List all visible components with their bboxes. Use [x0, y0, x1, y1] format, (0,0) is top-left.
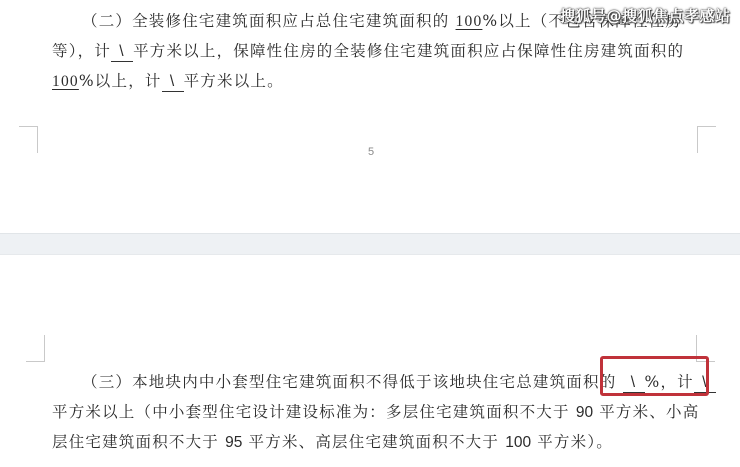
paragraph-line: 层住宅建筑面积不大于 95 平方米、高层住宅建筑面积不大于 100 平方米）。: [52, 427, 692, 457]
paragraph-small-medium-units: （三）本地块内中小套型住宅建筑面积不得低于该地块住宅总建筑面积的 \%，计\ 平…: [52, 367, 692, 457]
red-highlight-box: [600, 356, 709, 396]
document-viewport: （二）全装修住宅建筑面积应占总住宅建筑面积的 100%以上（不包含保障性住房 等…: [0, 0, 740, 467]
percentage-value: 100: [52, 73, 79, 90]
fill-blank: \: [111, 43, 133, 62]
paragraph-line: 100%以上，计\平方米以上。: [52, 66, 692, 96]
text-run: 平方米、高层住宅建筑面积不大于: [249, 433, 500, 451]
percentage-value: 100: [456, 13, 483, 30]
page-5: （二）全装修住宅建筑面积应占总住宅建筑面积的 100%以上（不包含保障性住房 等…: [0, 0, 740, 233]
margin-corner-mark: [697, 126, 716, 153]
area-value: 100: [505, 434, 531, 451]
margin-corner-mark: [26, 335, 45, 362]
text-run: （二）全装修住宅建筑面积应占总住宅建筑面积的: [82, 12, 449, 30]
area-value: 95: [225, 434, 242, 451]
paragraph-line: 平方米以上（中小套型住宅设计建设标准为：多层住宅建筑面积不大于 90 平方米、小…: [52, 397, 692, 427]
text-run: 平方米以上（中小套型住宅设计建设标准为：多层住宅建筑面积不大于: [52, 403, 570, 421]
paragraph-line: （三）本地块内中小套型住宅建筑面积不得低于该地块住宅总建筑面积的 \%，计\: [52, 367, 692, 397]
text-run: 平方米、小高: [599, 403, 699, 421]
fill-blank: \: [162, 73, 184, 92]
text-run: 平方米以上。: [184, 72, 284, 90]
text-run: 层住宅建筑面积不大于: [52, 433, 219, 451]
text-run: 平方米）。: [537, 433, 613, 451]
page-number: 5: [368, 146, 374, 158]
text-run: 平方米以上，保障性住房的全装修住宅建筑面积应占保障性住房建筑面积的: [133, 42, 684, 60]
text-run: （三）本地块内中小套型住宅建筑面积不得低于该地块住宅总建筑面积的: [82, 373, 616, 391]
watermark: 搜狐号@搜狐焦点孝感站: [560, 5, 731, 26]
page-separator: [0, 233, 740, 255]
margin-corner-mark: [19, 126, 38, 153]
text-run: 等），计: [52, 42, 111, 60]
text-run: %以上，计: [79, 72, 162, 90]
paragraph-line: 等），计\平方米以上，保障性住房的全装修住宅建筑面积应占保障性住房建筑面积的: [52, 36, 692, 66]
area-value: 90: [576, 404, 593, 421]
